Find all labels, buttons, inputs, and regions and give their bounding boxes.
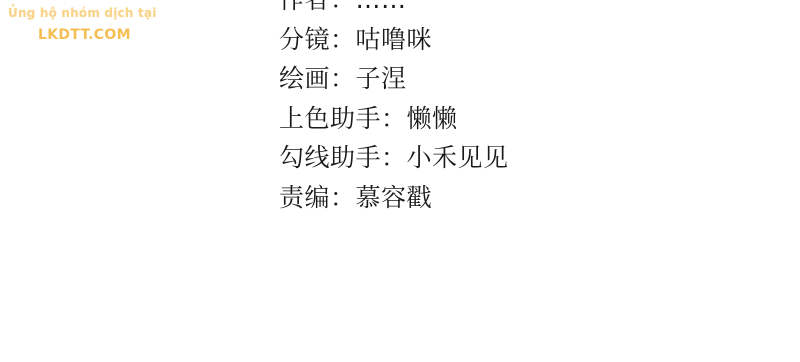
credit-name: 小禾见见 [407,143,509,172]
credit-separator: ： [330,64,356,93]
credits-list: 作者：…… 分镜：咕噜咪 绘画：子涅 上色助手：懒懒 勾线助手：小禾见见 责编：… [279,0,509,217]
credit-separator: ： [330,25,356,54]
credit-row-editor: 责编：慕容戳 [279,178,509,218]
credit-role: 上色助手 [279,104,381,133]
watermark: Ủng hộ nhóm dịch tại LKDTT.COM [0,0,170,50]
credit-row-artist: 绘画：子涅 [279,59,509,99]
credit-separator: ： [381,143,407,172]
credit-role: 责编 [279,183,330,212]
watermark-tagline: Ủng hộ nhóm dịch tại [8,6,157,20]
credit-name: 懒懒 [407,104,458,133]
credit-name: …… [356,0,407,14]
credit-name: 慕容戳 [356,183,433,212]
credit-name: 咕噜咪 [356,25,433,54]
credit-role: 分镜 [279,25,330,54]
credit-row-coloring-assistant: 上色助手：懒懒 [279,99,509,139]
credit-role: 作者 [279,0,330,14]
watermark-site: LKDTT.COM [38,27,131,43]
credit-row-storyboard: 分镜：咕噜咪 [279,20,509,60]
credit-role: 绘画 [279,64,330,93]
credit-separator: ： [381,104,407,133]
credit-name: 子涅 [356,64,407,93]
credit-separator: ： [330,183,356,212]
credit-row-lineart-assistant: 勾线助手：小禾见见 [279,138,509,178]
credit-row-author: 作者：…… [279,0,509,20]
credit-role: 勾线助手 [279,143,381,172]
credit-separator: ： [330,0,356,14]
